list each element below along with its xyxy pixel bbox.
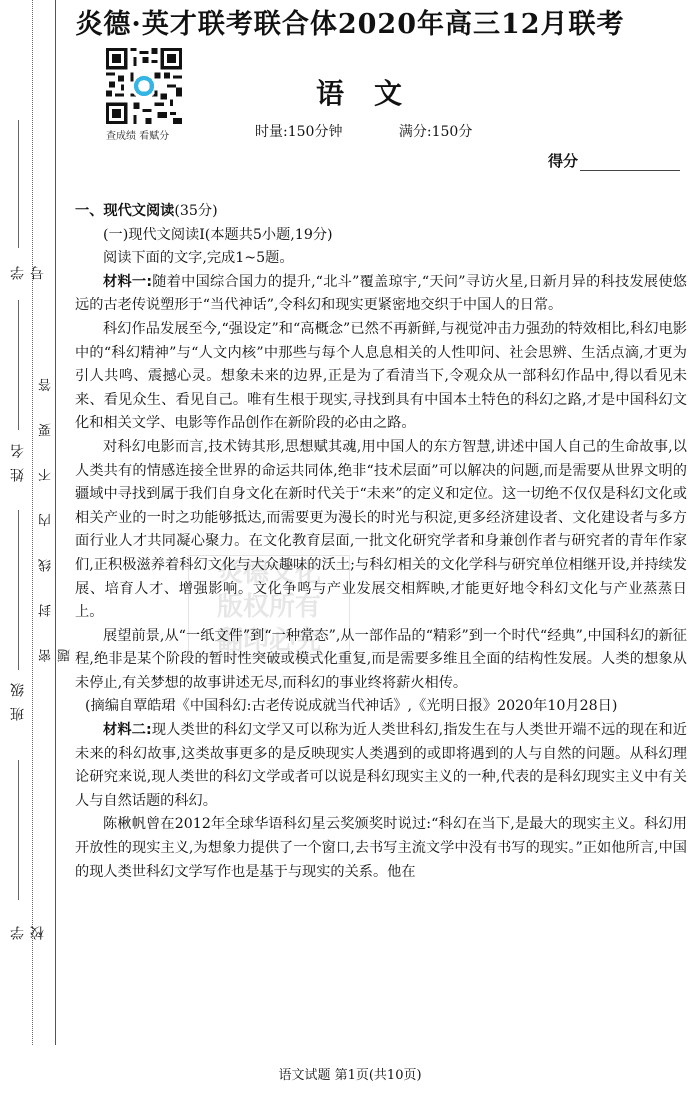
seal-notice: 密 封 线 内 不 要 答 题 [37,332,53,662]
score-field[interactable]: 得分 [548,150,680,171]
student-id-field[interactable]: 学号 [4,120,26,280]
reading-section: 一、现代文阅读(35分) (一)现代文阅读Ⅰ(本题共5小题,19分) 阅读下面的… [75,200,687,884]
time-limit: 时量:150分钟 [255,124,342,140]
student-id-blank[interactable] [18,120,19,248]
subsection-heading: (一)现代文阅读Ⅰ(本题共5小题,19分) [75,224,687,248]
instruction: 阅读下面的文字,完成1~5题。 [75,247,687,271]
score-blank[interactable] [580,154,680,171]
qr-caption: 查成绩 看赋分 [106,127,196,142]
material2-paragraph: 陈楸帆曾在2012年全球华语科幻星云奖颁奖时说过:“科幻在当下,是最大的现实主义… [75,813,687,884]
material1-paragraph: 展望前景,从“一纸文件”到“一种常态”,从一部作品的“精彩”到一个时代“经典”,… [75,625,687,696]
class-field[interactable]: 班级 [4,510,26,730]
student-name-field[interactable]: 姓名 [4,300,26,490]
school-label: 学校 [8,900,48,940]
material1-paragraph: 材料一:随着中国综合国力的提升,“北斗”覆盖琼宇,“天问”寻访火星,日新月异的科… [75,271,687,318]
page-footer: 语文试题 第1页(共10页) [0,1064,700,1083]
material1-paragraph: 对科幻电影而言,技术铸其形,思想赋其魂,用中国人的东方智慧,讲述中国人自己的生命… [75,436,687,625]
material1-label: 材料一: [103,274,152,290]
score-label: 得分 [548,152,578,170]
student-name-label: 姓名 [8,434,28,482]
material2-paragraph: 材料二:现人类世的科幻文学又可以称为近人类世科幻,指发生在与人类世开端不远的现在… [75,719,687,813]
full-score: 满分:150分 [399,124,472,140]
subject-title: 语文 [0,72,700,112]
material1-paragraph: 科幻作品发展至今,“强设定”和“高概念”已然不再新鲜,与视觉冲击力强劲的特效相比… [75,318,687,436]
student-name-blank[interactable] [18,300,19,430]
school-field[interactable]: 学校 [4,740,26,940]
material1-source: (摘编自覃皓珺《中国科幻:古老传说成就当代神话》,《光明日报》2020年10月2… [75,695,687,719]
student-id-label: 学号 [8,250,48,280]
exam-title: 炎德·英才联考联合体2020年高三12月联考 [0,2,700,41]
material2-label: 材料二: [103,722,152,738]
cut-line-dashed [32,0,33,1045]
exam-meta: 时量:150分钟 满分:150分 [255,121,524,141]
class-label: 班级 [8,673,28,721]
school-blank[interactable] [18,760,19,900]
section-heading: 一、现代文阅读(35分) [75,200,687,224]
class-blank[interactable] [18,510,19,670]
